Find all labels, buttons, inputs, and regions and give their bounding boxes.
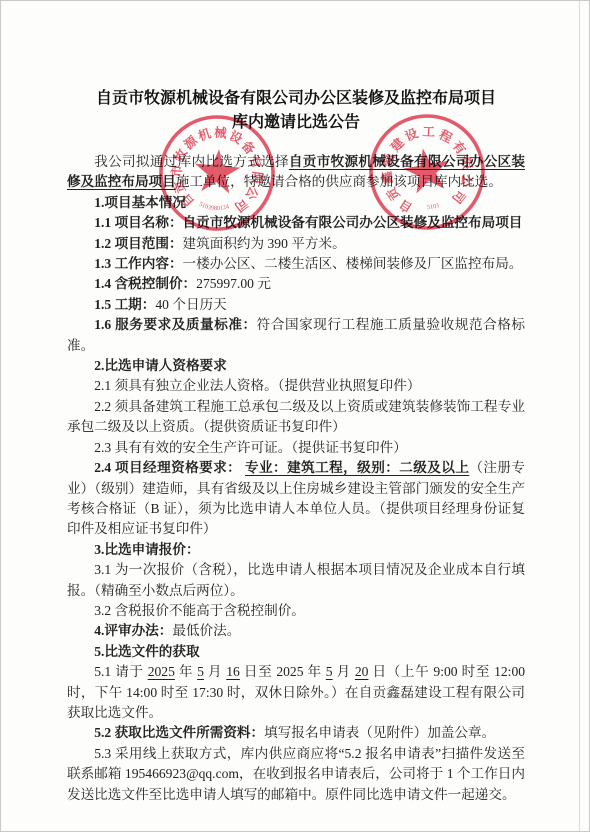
section-4-line: 4.评审办法：最低价法。 — [67, 621, 525, 641]
item-2-4: 2.4 项目经理资格要求： 专业：建筑工程，级别：二级及以上（注册专业）（级别）… — [67, 458, 525, 540]
item-2-1: 2.1 须具有独立企业法人资格。（提供营业执照复印件） — [67, 376, 525, 396]
item-1-6: 1.6 服务要求及质量标准：符合国家现行工程施工质量验收规范合格标准。 — [67, 315, 525, 356]
doc-title-line1: 自贡市牧源机械设备有限公司办公区装修及监控布局项目 — [67, 87, 525, 111]
item-5-2: 5.2 获取比选文件所需资料：填写报名申请表（见附件）加盖公章。 — [67, 723, 525, 743]
item-1-1: 1.1 项目名称：自贡市牧源机械设备有限公司办公区装修及监控布局项目 — [67, 213, 525, 233]
doc-title-line2: 库内邀请比选公告 — [67, 111, 525, 135]
item-2-3: 2.3 具有有效的安全生产许可证。（提供证书复印件） — [67, 438, 525, 458]
document-page: 自贡市牧源机械设备有限公司办公区装修及监控布局项目 库内邀请比选公告 我公司拟通… — [0, 0, 590, 832]
section-5-heading: 5.比选文件的获取 — [67, 642, 525, 662]
item-1-3: 1.3 工作内容：一楼办公区、二楼生活区、楼梯间装修及厂区监控布局。 — [67, 254, 525, 274]
date-year-underlined: 2025 — [148, 664, 175, 679]
date-month2-underlined: 5 — [326, 664, 333, 679]
document-content: 自贡市牧源机械设备有限公司办公区装修及监控布局项目 库内邀请比选公告 我公司拟通… — [67, 1, 525, 805]
item-1-4: 1.4 含税控制价：275997.00 元 — [67, 274, 525, 294]
item-5-1: 5.1 请于 2025 年 5 月 16 日至 2025 年 5 月 20 日（… — [67, 662, 525, 723]
date-month-underlined: 5 — [197, 664, 204, 679]
item-5-3: 5.3 采用线上获取方式，库内供应商应将“5.2 报名申请表”扫描件发送至联系邮… — [67, 744, 525, 805]
section-2-heading: 2.比选申请人资格要求 — [67, 356, 525, 376]
section-3-heading: 3.比选申请报价： — [67, 540, 525, 560]
manager-requirement-underlined: 专业：建筑工程，级别：二级及以上 — [245, 460, 469, 475]
date-day2-underlined: 20 — [355, 664, 369, 679]
intro-paragraph: 我公司拟通过库内比选方式选择自贡市牧源机械设备有限公司办公区装修及监控布局项目施… — [67, 152, 525, 193]
doc-title: 自贡市牧源机械设备有限公司办公区装修及监控布局项目 库内邀请比选公告 — [67, 1, 525, 134]
item-3-1: 3.1 为一次报价（含税），比选申请人根据本项目情况及企业成本自行填报。（精确至… — [67, 560, 525, 601]
item-1-2: 1.2 项目范围：建筑面积约为 390 平方米。 — [67, 234, 525, 254]
item-3-2: 3.2 含税报价不能高于含税控制价。 — [67, 601, 525, 621]
section-1-heading: 1.项目基本情况 — [67, 193, 525, 213]
item-2-2: 2.2 须具备建筑工程施工总承包二级及以上资质或建筑装修装饰工程专业承包二级及以… — [67, 397, 525, 438]
scan-edge-line — [579, 1, 580, 831]
date-day-underlined: 16 — [226, 664, 240, 679]
item-1-5: 1.5 工期：40 个日历天 — [67, 295, 525, 315]
